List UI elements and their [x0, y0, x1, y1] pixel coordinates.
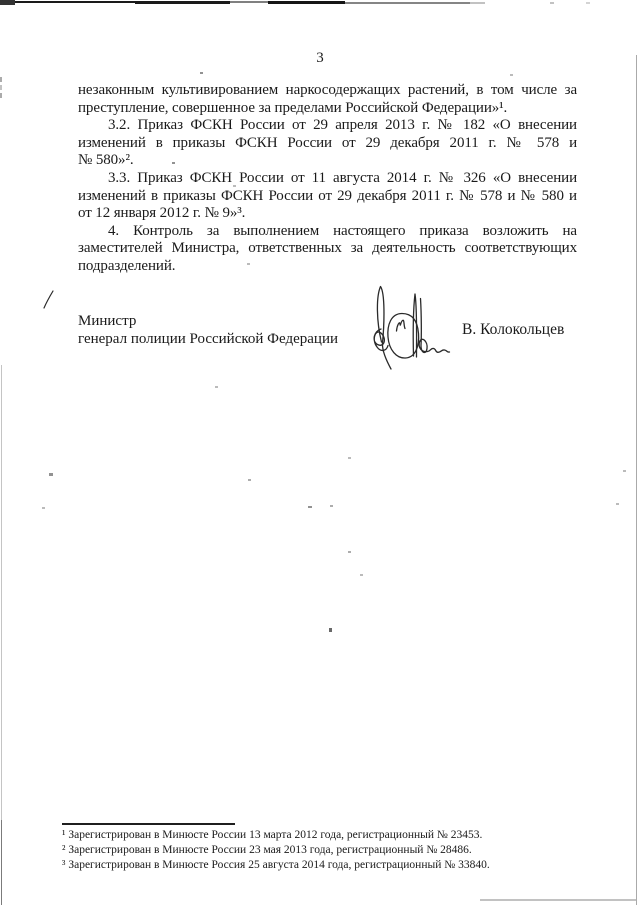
- scan-speck: [348, 551, 351, 553]
- scan-speck: [248, 479, 251, 481]
- scan-speck: [510, 74, 513, 76]
- body-line: 3.2. Приказ ФСКН России от 29 апреля 201…: [78, 117, 577, 135]
- signer-title-line1: Министр: [78, 312, 136, 330]
- scan-speck: [623, 470, 626, 472]
- scanned-document-page: 3 незаконным культивированием наркосодер…: [0, 0, 640, 905]
- scan-edge-right-line: [636, 55, 637, 905]
- scan-speck: [215, 386, 218, 388]
- scan-edge-left-line: [1, 365, 2, 820]
- scan-speck: [308, 506, 312, 508]
- signature-scrawl-icon: [370, 280, 455, 375]
- body-line: от 12 января 2012 г. № 9»³.: [78, 205, 577, 223]
- body-line: незаконным культивированием наркосодержа…: [78, 82, 577, 100]
- body-line: 4. Контроль за выполнением настоящего пр…: [78, 223, 577, 241]
- scan-edge-left-dashes: [0, 77, 2, 99]
- scan-speck: [360, 574, 363, 576]
- scan-speck: [42, 507, 45, 509]
- scan-speck: [616, 503, 619, 505]
- scan-speck: [49, 473, 53, 476]
- scan-speck: [348, 457, 351, 459]
- body-line: преступление, совершенное за пределами Р…: [78, 100, 577, 118]
- scan-edge-left-line-bottom: [1, 820, 3, 905]
- scan-edge-bottom-streak: [480, 899, 636, 901]
- body-line: изменений в приказы ФСКН России от 29 де…: [78, 135, 577, 153]
- body-line: подразделений.: [78, 258, 577, 276]
- body-line: заместителей Министра, ответственных за …: [78, 240, 577, 258]
- page-number: 3: [0, 50, 640, 67]
- body-line: 3.3. Приказ ФСКН России от 11 августа 20…: [78, 170, 577, 188]
- footnote-separator: [62, 823, 235, 825]
- scan-speck: [330, 505, 333, 507]
- body-line: изменений в приказы ФСКН России от 29 де…: [78, 188, 577, 206]
- scan-edge-top: [0, 0, 640, 6]
- footnote: ³ Зарегистрирован в Минюсте Россия 25 ав…: [62, 858, 582, 873]
- footnotes: ¹ Зарегистрирован в Минюсте России 13 ма…: [62, 828, 582, 874]
- body-line: № 580»².: [78, 152, 577, 170]
- footnote: ¹ Зарегистрирован в Минюсте России 13 ма…: [62, 828, 582, 843]
- scan-speck: [200, 72, 203, 74]
- pen-tick-mark: [40, 288, 58, 312]
- scan-speck: [329, 628, 332, 632]
- signer-name: В. Колокольцев: [462, 321, 564, 339]
- footnote: ² Зарегистрирован в Минюсте России 23 ма…: [62, 843, 582, 858]
- signer-title-line2: генерал полиции Российской Федерации: [78, 330, 338, 348]
- document-body: незаконным культивированием наркосодержа…: [78, 82, 577, 276]
